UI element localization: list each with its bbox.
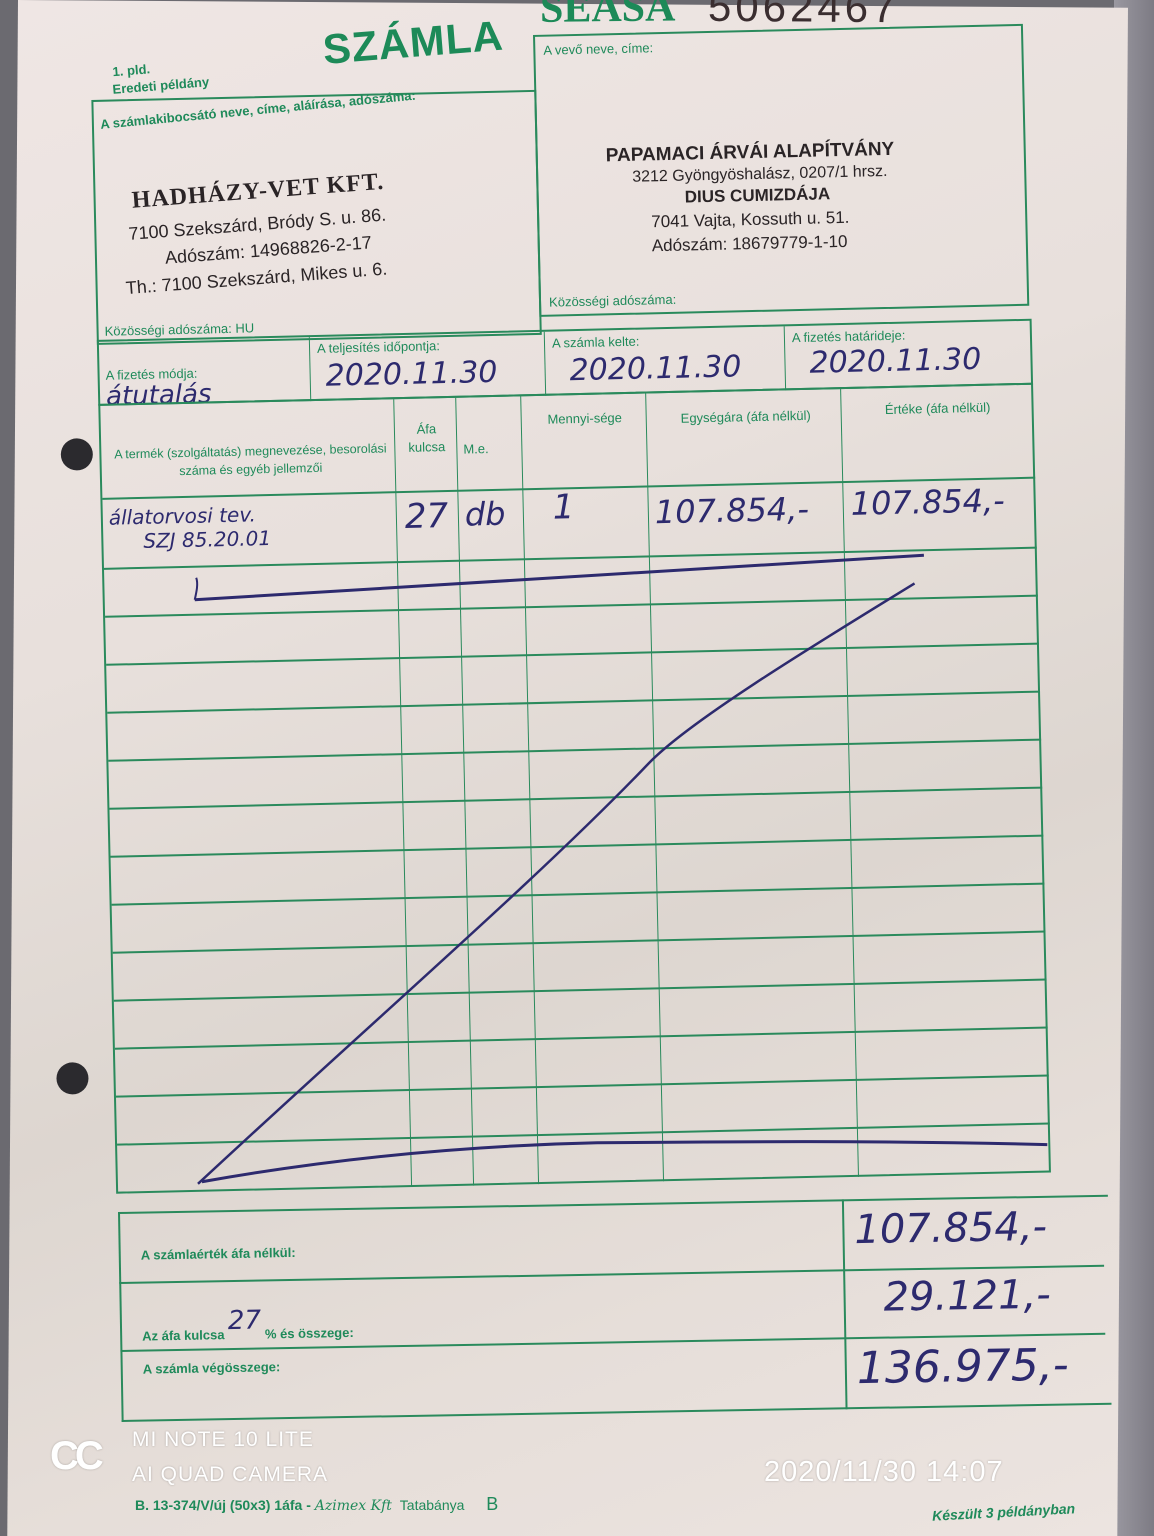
- issue-date-value: 2020.11.30: [569, 349, 742, 388]
- due-date-value: 2020.11.30: [809, 342, 982, 381]
- vat-label-prefix: Az áfa kulcsa: [142, 1327, 225, 1343]
- vat-label-suffix: % és összege:: [265, 1325, 354, 1342]
- camera-logo-icon: CC: [50, 1434, 100, 1479]
- form-variant: B: [486, 1494, 498, 1514]
- due-date-label: A fizetés határideje:: [792, 328, 906, 346]
- gross-total-value: 136.975,-: [856, 1339, 1069, 1394]
- camera-device-line1: MI NOTE 10 LITE: [132, 1428, 314, 1452]
- line-items-table: A termék (szolgáltatás) megnevezése, bes…: [98, 383, 1051, 1194]
- seller-branch: Th.: 7100 Szekszárd, Mikes u. 6.: [125, 258, 388, 299]
- completion-date-label: A teljesítés időpontja:: [317, 338, 440, 356]
- issue-date-label: A számla kelte:: [552, 334, 640, 351]
- buyer-address-2: 7041 Vajta, Kossuth u. 51.: [651, 208, 850, 232]
- form-code: B. 13-374/V/új (50x3) 1áfa - Azimex Kft …: [135, 1494, 498, 1515]
- vat-label: Az áfa kulcsa 27 % és összege:: [142, 1314, 354, 1348]
- cancellation-stroke: [100, 385, 1053, 1196]
- printer-name: Azimex Kft: [315, 1498, 392, 1514]
- buyer-name-2: DIUS CUMIZDÁJA: [685, 184, 831, 207]
- invoice-form: A számlakibocsátó neve, címe, aláírása, …: [90, 19, 1057, 1220]
- punch-hole: [61, 438, 93, 470]
- buyer-section-label: A vevő neve, címe:: [543, 40, 653, 57]
- printer-city: Tatabánya: [400, 1497, 465, 1513]
- seller-box: A számlakibocsátó neve, címe, aláírása, …: [91, 90, 541, 345]
- gross-total-label: A számla végösszege:: [143, 1359, 281, 1376]
- buyer-tax-number: Adószám: 18679779-1-10: [652, 232, 848, 256]
- buyer-eu-tax-label: Közösségi adószáma:: [549, 292, 676, 310]
- completion-date-value: 2020.11.30: [325, 355, 498, 394]
- totals-section: A számlaérték áfa nélkül: 107.854,- Az á…: [118, 1195, 1112, 1422]
- vat-rate-handwritten: 27: [228, 1306, 262, 1337]
- seller-section-label: A számlakibocsátó neve, címe, aláírása, …: [100, 88, 417, 132]
- net-total-label: A számlaérték áfa nélkül:: [141, 1245, 296, 1263]
- buyer-box: A vevő neve, címe: PAPAMACI ÁRVÁI ALAPÍT…: [533, 24, 1029, 317]
- camera-device-line2: AI QUAD CAMERA: [132, 1463, 328, 1487]
- vat-total-value: 29.121,-: [883, 1272, 1051, 1321]
- camera-timestamp: 2020/11/30 14:07: [764, 1456, 1004, 1489]
- net-total-value: 107.854,-: [854, 1204, 1047, 1253]
- buyer-address: 3212 Gyöngyöshalász, 0207/1 hrsz.: [632, 163, 888, 187]
- punch-hole: [56, 1062, 88, 1094]
